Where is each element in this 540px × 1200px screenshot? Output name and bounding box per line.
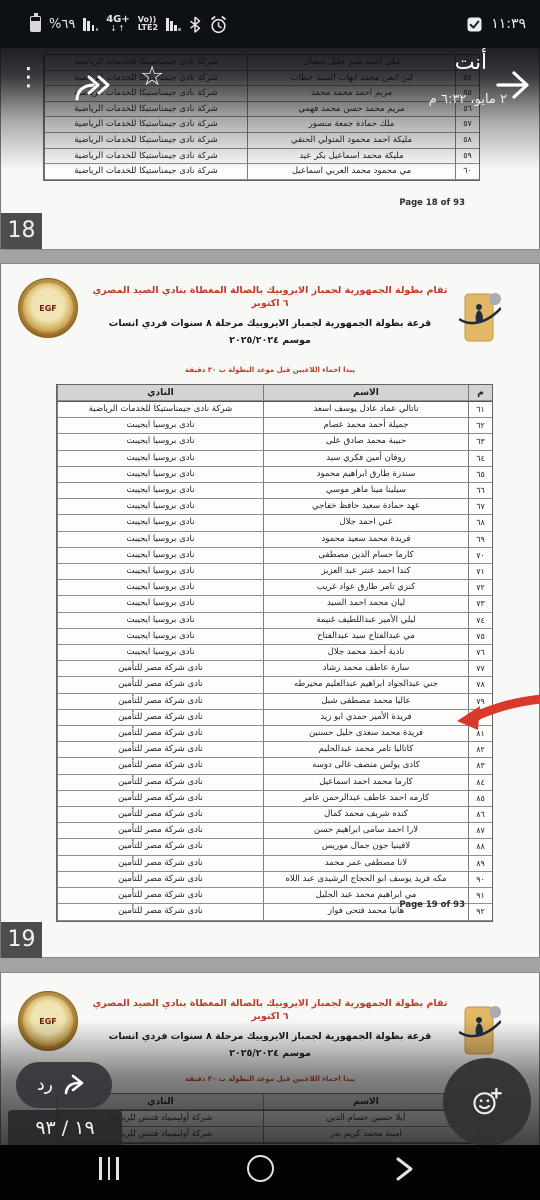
table-row: ٧٥ مي عبدالفتاح سيد عبدالفتاح نادى بروسي… — [57, 629, 492, 645]
data-arrows-icon: ↓↑ — [110, 25, 125, 33]
row-name: لارا احمد سامى ابراهيم حسن — [263, 823, 468, 839]
row-name: لين ايمن محمد ايهاب السيد خطاب — [247, 71, 455, 87]
row-club: نادى شركة مصر للتأمين — [57, 726, 263, 742]
lte2-label: LTE2 — [138, 24, 158, 32]
row-club: نادى بروسيا ايجيبت — [57, 629, 263, 645]
table-row: ٨٠ فريدة الأمير حمدي ابو زيد نادى شركة م… — [57, 710, 492, 726]
table-row: ٥٣ ليلي احمد منير خليل شعبان شركة نادى ج… — [44, 55, 479, 71]
row-name: مي محمود محمد العربي اسماعيل — [247, 164, 455, 180]
row-club: نادى بروسيا ايجيبت — [57, 434, 263, 450]
table-row: ٥٨ مليكة احمد محمود المتولي الحنفي شركة … — [44, 133, 479, 149]
page20-table-body: ٩٣ أيلا حسين حسام الدين شركة أوليمبياد ف… — [57, 1111, 492, 1143]
table-row: ٧٤ ليلي الأمير عبداللطيف غنيمة نادى بروس… — [57, 613, 492, 629]
row-club: نادى شركة مصر للتأمين — [57, 710, 263, 726]
egf-logo-label: EGF — [37, 1017, 59, 1026]
add-reaction-smiley-icon — [470, 1087, 504, 1117]
row-club: نادى بروسيا ايجيبت — [57, 613, 263, 629]
row-name: مريم احمد محمد محمد — [247, 86, 455, 102]
page19-footer: Page 19 of 93 — [399, 900, 465, 910]
star-icon[interactable]: ☆ — [140, 63, 164, 90]
row-name: كارمه احمد عاطف عبدالرحمن عامر — [263, 791, 468, 807]
table-row: ٥٩ مليكة محمد اسماعيل بكر عيد شركة نادى … — [44, 149, 479, 165]
row-name: سيلينا مينا ماهر موسي — [263, 483, 468, 499]
table-row: ٩٣ أيلا حسين حسام الدين شركة أوليمبياد ف… — [57, 1111, 492, 1127]
sender-name: أنت — [455, 50, 487, 74]
alarm-clock-icon — [209, 15, 228, 34]
row-number: ٨٤ — [468, 775, 492, 791]
row-name: ملك حمادة جمعة منصور — [247, 117, 455, 133]
row-name: كنده شريف محمد كمال — [263, 807, 468, 823]
row-club: نادى شركة مصر للتأمين — [57, 742, 263, 758]
table-row: ٦٩ فريدة محمد سعيد محمود نادى بروسيا ايج… — [57, 532, 492, 548]
row-club: نادى شركة مصر للتأمين — [57, 904, 263, 920]
doc-title-line2: قرعة بطولة الجمهورية لجمباز الايروبيك مر… — [89, 1031, 451, 1042]
row-number: ٦٤ — [468, 451, 492, 467]
row-number: ٨٢ — [468, 742, 492, 758]
doc-title-line2: قرعة بطولة الجمهورية لجمباز الايروبيك مر… — [89, 318, 451, 329]
row-club: نادى بروسيا ايجيبت — [57, 645, 263, 661]
row-club: نادى بروسيا ايجيبت — [57, 451, 263, 467]
row-number: ٧٢ — [468, 580, 492, 596]
row-club: نادى بروسيا ايجيبت — [57, 499, 263, 515]
table-header-row: م الاسم النادي — [57, 1094, 492, 1111]
table-row: ٧٢ كنزي تامر طارق عواد غريب نادى بروسيا … — [57, 580, 492, 596]
document-page-19: EGF تقام بطولة الجمهورية لجمباز الايروبي… — [0, 263, 540, 958]
egf-logo-label: EGF — [37, 304, 59, 313]
row-name: مي عبدالفتاح سيد عبدالفتاح — [263, 629, 468, 645]
forward-icon[interactable] — [72, 72, 114, 102]
row-name: مكه فريد يوسف ابو الحجاج الرشيدى عبد الل… — [263, 872, 468, 888]
page19-table: م الاسم النادي ٦١ ناتالي عماد عادل يوسف … — [56, 384, 493, 922]
row-number: ٧١ — [468, 564, 492, 580]
row-name: مليكة محمد اسماعيل بكر عيد — [247, 149, 455, 165]
volte-indicator: Vo)) LTE2 — [138, 16, 158, 32]
reply-arrow-icon — [61, 1073, 91, 1097]
table-row: ٥٦ مريم محمد حسن محمد فهمي شركة نادى جيم… — [44, 102, 479, 118]
row-club: نادى شركة مصر للتأمين — [57, 694, 263, 710]
row-number: ٦٩ — [468, 532, 492, 548]
gymnast-club-logo-icon — [459, 288, 501, 350]
row-number: ٧٣ — [468, 596, 492, 612]
gymnast-club-logo-icon — [459, 1001, 501, 1063]
row-name: كادى يولس منصف غالى دوسه — [263, 758, 468, 774]
row-club: نادى بروسيا ايجيبت — [57, 418, 263, 434]
row-club: نادى شركة مصر للتأمين — [57, 872, 263, 888]
media-viewer-canvas[interactable]: ٥٣ ليلي احمد منير خليل شعبان شركة نادى ج… — [0, 0, 540, 1145]
row-name: كارما محمد احمد اسماعيل — [263, 775, 468, 791]
task-check-icon — [467, 17, 482, 32]
row-club: نادى بروسيا ايجيبت — [57, 580, 263, 596]
table-row: ٥٧ ملك حمادة جمعة منصور شركة نادى جيمناس… — [44, 117, 479, 133]
row-name: مريم محمد حسن محمد فهمي — [247, 102, 455, 118]
row-number: ٧٤ — [468, 613, 492, 629]
row-club: نادى بروسيا ايجيبت — [57, 467, 263, 483]
row-name: سندرة طارق ابراهيم محمود — [263, 467, 468, 483]
row-name: غني احمد جلال — [263, 515, 468, 531]
row-number: ٥٩ — [455, 149, 479, 165]
row-number: ٩١ — [468, 888, 492, 904]
page19-table-body: ٦١ ناتالي عماد عادل يوسف اسعد شركة نادى … — [57, 402, 492, 921]
row-number: ٨٩ — [468, 856, 492, 872]
row-club: شركة نادى جيمناستيكا للخدمات الرياضية — [57, 402, 263, 418]
row-name: لافينيا جون جمال موريس — [263, 839, 468, 855]
row-club: نادى شركة مصر للتأمين — [57, 807, 263, 823]
row-name: روفان أمين فكري سيد — [263, 451, 468, 467]
row-name: فريدة محمد سعدى خليل حسنين — [263, 726, 468, 742]
table-header-row: م الاسم النادي — [57, 385, 492, 402]
table-row: ٧٧ سارة عاطف محمد رشاد نادى شركة مصر للت… — [57, 661, 492, 677]
doc-warmup-note: يبدا احماء اللاعبين قبل موعد البطولة ب ٣… — [89, 1075, 451, 1083]
page18-footer: Page 18 of 93 — [399, 198, 465, 208]
status-icons-right: ١١:٣٩ — [467, 16, 526, 32]
page19-number-badge: 19 — [1, 922, 42, 958]
row-name: نادية أحمد محمد جلال — [263, 645, 468, 661]
home-button[interactable] — [247, 1155, 274, 1182]
row-number: ٩٢ — [468, 904, 492, 920]
doc-title-season: موسم ٢٠٢٥/٢٠٢٤ — [89, 335, 451, 346]
table-row: ٦٦ سيلينا مينا ماهر موسي نادى بروسيا ايج… — [57, 483, 492, 499]
table-row: ٧٠ كارما حسام الدين مصطفى نادى بروسيا اي… — [57, 548, 492, 564]
row-number: ٥٨ — [455, 133, 479, 149]
row-number: ٨٣ — [468, 758, 492, 774]
row-name: ليان محمد احمد السيد — [263, 596, 468, 612]
row-club: شركة نادى جيمناستيكا للخدمات الرياضية — [44, 149, 247, 165]
row-name: جني عبدالجواد ابراهيم عبدالعليم مخيرطه — [263, 677, 468, 693]
row-club: نادى شركة مصر للتأمين — [57, 856, 263, 872]
row-number: ٦٢ — [468, 418, 492, 434]
row-name: ليلي احمد منير خليل شعبان — [247, 55, 455, 71]
reply-button-label: رد — [37, 1075, 53, 1095]
col-header-club: النادي — [57, 385, 263, 401]
phone-screen: ٥٣ ليلي احمد منير خليل شعبان شركة نادى ج… — [0, 0, 540, 1200]
row-number: ٦٧ — [468, 499, 492, 515]
col-header-number: م — [468, 385, 492, 401]
row-club: نادى شركة مصر للتأمين — [57, 823, 263, 839]
table-row: ٧٨ جني عبدالجواد ابراهيم عبدالعليم مخيرط… — [57, 677, 492, 693]
status-bar: ٦٩% 4G+ ↓↑ Vo)) LTE2 — [0, 0, 540, 48]
nav-back-button[interactable] — [392, 1156, 416, 1182]
row-number: ٧٠ — [468, 548, 492, 564]
status-icons-left: ٦٩% 4G+ ↓↑ Vo)) LTE2 — [30, 15, 228, 34]
signal-bars-icon — [166, 17, 181, 31]
table-row: ٧١ كندا احمد عنتر عبد العزيز نادى بروسيا… — [57, 564, 492, 580]
row-number: ٧٦ — [468, 645, 492, 661]
doc-title-season: موسم ٢٠٢٥/٢٠٢٤ — [89, 1048, 451, 1059]
table-row: ٨٨ لافينيا جون جمال موريس نادى شركة مصر … — [57, 839, 492, 855]
battery-icon — [30, 16, 41, 32]
signal-bars-icon — [83, 17, 98, 31]
bluetooth-icon — [189, 16, 201, 33]
row-name: كنزي تامر طارق عواد غريب — [263, 580, 468, 596]
table-row: ٦١ ناتالي عماد عادل يوسف اسعد شركة نادى … — [57, 402, 492, 418]
row-club: شركة نادى جيمناستيكا للخدمات الرياضية — [44, 133, 247, 149]
row-number: ٩٠ — [468, 872, 492, 888]
row-name: كارما حسام الدين مصطفى — [263, 548, 468, 564]
row-number: ٦٨ — [468, 515, 492, 531]
row-number: ٦٠ — [455, 164, 479, 180]
row-club: نادى شركة مصر للتأمين — [57, 661, 263, 677]
doc-title-line1: تقام بطولة الجمهورية لجمباز الايروبيك با… — [89, 997, 451, 1024]
col-header-name: الاسم — [263, 1094, 468, 1110]
row-club: نادى شركة مصر للتأمين — [57, 791, 263, 807]
android-nav-bar — [0, 1145, 540, 1200]
table-row: ٧٣ ليان محمد احمد السيد نادى بروسيا ايجي… — [57, 596, 492, 612]
table-row: ٦٤ روفان أمين فكري سيد نادى بروسيا ايجيب… — [57, 451, 492, 467]
table-row: ٨٣ كادى يولس منصف غالى دوسه نادى شركة مص… — [57, 758, 492, 774]
col-header-name: الاسم — [263, 385, 468, 401]
table-row: ٧٩ عاليا محمد مصطفى شبل نادى شركة مصر لل… — [57, 694, 492, 710]
row-name: كاتاليا تامر محمد عبدالحليم — [263, 742, 468, 758]
row-club: نادى بروسيا ايجيبت — [57, 548, 263, 564]
row-name: سارة عاطف محمد رشاد — [263, 661, 468, 677]
row-number: ٨٨ — [468, 839, 492, 855]
row-number: ٨٦ — [468, 807, 492, 823]
row-club: شركة نادى جيمناستيكا للخدمات الرياضية — [44, 102, 247, 118]
egf-federation-logo-icon: EGF — [18, 278, 78, 338]
row-name: جميلة أحمد محمد عصام — [263, 418, 468, 434]
row-name: ناتالي عماد عادل يوسف اسعد — [263, 402, 468, 418]
egf-federation-logo-icon: EGF — [18, 991, 78, 1051]
table-row: ٦٠ مي محمود محمد العربي اسماعيل شركة ناد… — [44, 164, 479, 180]
row-number: ٧٥ — [468, 629, 492, 645]
table-row: ٨٦ كنده شريف محمد كمال نادى شركة مصر للت… — [57, 807, 492, 823]
row-number: ٧٧ — [468, 661, 492, 677]
row-number: ٦١ — [468, 402, 492, 418]
page-indicator-badge: ١٩ / ٩٣ — [8, 1110, 122, 1147]
overflow-menu-icon[interactable]: ⋮ — [16, 64, 41, 89]
row-club: نادى بروسيا ايجيبت — [57, 532, 263, 548]
row-club: نادى شركة مصر للتأمين — [57, 677, 263, 693]
table-row: ٧٦ نادية أحمد محمد جلال نادى بروسيا ايجي… — [57, 645, 492, 661]
row-number: ٦٣ — [468, 434, 492, 450]
row-number: ٨٧ — [468, 823, 492, 839]
table-row: ٦٧ عهد حمادة سعيد حافظ خفاجي نادى بروسيا… — [57, 499, 492, 515]
row-name: امينة محمد كريم بدر — [263, 1127, 468, 1143]
doc-warmup-note: يبدا احماء اللاعبين قبل موعد البطولة ب ٣… — [89, 366, 451, 374]
row-name: كندا احمد عنتر عبد العزيز — [263, 564, 468, 580]
table-row: ٨٩ لانا مصطفى عمر محمد نادى شركة مصر للت… — [57, 856, 492, 872]
table-row: ٦٢ جميلة أحمد محمد عصام نادى بروسيا ايجي… — [57, 418, 492, 434]
add-reaction-button[interactable] — [443, 1058, 531, 1146]
row-club: نادى شركة مصر للتأمين — [57, 758, 263, 774]
table-row: ٨٥ كارمه احمد عاطف عبدالرحمن عامر نادى ش… — [57, 791, 492, 807]
row-name: عهد حمادة سعيد حافظ خفاجي — [263, 499, 468, 515]
page18-number-badge: 18 — [1, 213, 42, 249]
clock-time: ١١:٣٩ — [491, 16, 526, 32]
row-name: لانا مصطفى عمر محمد — [263, 856, 468, 872]
row-name: فريدة الأمير حمدي ابو زيد — [263, 710, 468, 726]
table-row: ٩٤ امينة محمد كريم بدر شركة أوليمبياد فت… — [57, 1127, 492, 1143]
recents-button[interactable] — [99, 1157, 119, 1180]
network-type-indicator: 4G+ ↓↑ — [106, 15, 130, 33]
row-name: حبيبة محمد صادق على — [263, 434, 468, 450]
table-row: ٨١ فريدة محمد سعدى خليل حسنين نادى شركة … — [57, 726, 492, 742]
message-timestamp: ٢ مايو، ٦:٣٢ م — [429, 92, 507, 107]
table-row: ٨٧ لارا احمد سامى ابراهيم حسن نادى شركة … — [57, 823, 492, 839]
reply-button[interactable]: رد — [16, 1062, 112, 1108]
table-row: ٨٤ كارما محمد احمد اسماعيل نادى شركة مصر… — [57, 775, 492, 791]
table-row: ٩٠ مكه فريد يوسف ابو الحجاج الرشيدى عبد … — [57, 872, 492, 888]
row-name: فريدة محمد سعيد محمود — [263, 532, 468, 548]
doc-title-line1: تقام بطولة الجمهورية لجمباز الايروبيك با… — [89, 284, 451, 311]
row-number: ٥٧ — [455, 117, 479, 133]
row-number: ٦٥ — [468, 467, 492, 483]
row-club: نادى بروسيا ايجيبت — [57, 596, 263, 612]
row-club: نادى بروسيا ايجيبت — [57, 483, 263, 499]
row-number: ٦٦ — [468, 483, 492, 499]
row-name: أيلا حسين حسام الدين — [263, 1111, 468, 1127]
row-club: نادى شركة مصر للتأمين — [57, 839, 263, 855]
row-number: ٨٥ — [468, 791, 492, 807]
row-club: نادى شركة مصر للتأمين — [57, 888, 263, 904]
table-row: ٦٨ غني احمد جلال نادى بروسيا ايجيبت — [57, 515, 492, 531]
red-pen-arrow-annotation — [456, 692, 540, 738]
table-row: ٦٣ حبيبة محمد صادق على نادى بروسيا ايجيب… — [57, 434, 492, 450]
battery-percent: ٦٩% — [49, 17, 75, 32]
row-name: مليكة احمد محمود المتولي الحنفي — [247, 133, 455, 149]
row-club: نادى بروسيا ايجيبت — [57, 564, 263, 580]
table-row: ٦٥ سندرة طارق ابراهيم محمود نادى بروسيا … — [57, 467, 492, 483]
row-club: نادى بروسيا ايجيبت — [57, 515, 263, 531]
row-name: عاليا محمد مصطفى شبل — [263, 694, 468, 710]
row-club: شركة نادى جيمناستيكا للخدمات الرياضية — [44, 164, 247, 180]
row-club: شركة نادى جيمناستيكا للخدمات الرياضية — [44, 117, 247, 133]
row-name: ليلي الأمير عبداللطيف غنيمة — [263, 613, 468, 629]
table-row: ٨٢ كاتاليا تامر محمد عبدالحليم نادى شركة… — [57, 742, 492, 758]
row-club: نادى شركة مصر للتأمين — [57, 775, 263, 791]
